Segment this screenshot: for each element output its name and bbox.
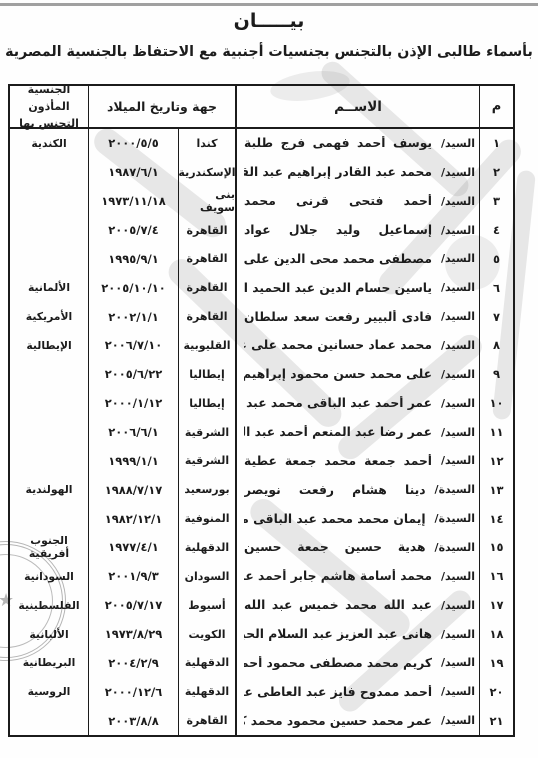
name-cell: السيد/ أحمد جمعة محمد جمعة عطية <box>235 446 479 475</box>
person-name: كريم محمد مصطفى محمود أحمد المسلمانى <box>244 656 432 670</box>
row-number: ٦ <box>493 281 500 295</box>
person-name: محمد عماد حسانين محمد على عمران <box>244 338 432 352</box>
person-name: مصطفى محمد محى الدين على <box>244 252 432 266</box>
nationality-cell <box>10 244 88 273</box>
person-name: عمر محمد حسين محمود محمد كمالى <box>244 714 432 728</box>
honorific: السيد/ <box>441 454 475 467</box>
row-number-cell: ٨ <box>479 331 513 360</box>
name-cell: السيد/ كريم محمد مصطفى محمود أحمد المسلم… <box>235 648 479 677</box>
nationality-cell <box>10 706 88 735</box>
scanned-document-page: بيـــــان بأسماء طالبى الإذن بالتجنس بجن… <box>0 0 538 758</box>
honorific: السيد/ <box>441 281 475 294</box>
table-row: ٧ السيد/ فادى ألبيير رفعت سعد سلطان القا… <box>10 302 513 331</box>
person-name: دينا هشام رفعت نويصر <box>244 483 426 497</box>
birthplace: بورسعيد <box>178 475 235 504</box>
row-number-cell: ٢١ <box>479 706 513 735</box>
name-cell: السيد/ عمر رضا عبد المنعم أحمد عبد الرحم… <box>235 418 479 447</box>
table-row: ١٤ السيدة/ إيمان محمد محمد عبد الباقى ما… <box>10 504 513 533</box>
birthplace: القاهرة <box>178 706 235 735</box>
honorific: السيدة/ <box>435 483 475 496</box>
name-cell: السيد/ محمد أسامة هاشم جابر أحمد على <box>235 562 479 591</box>
person-name: محمد أسامة هاشم جابر أحمد على <box>244 569 432 583</box>
honorific: السيد/ <box>441 685 475 698</box>
naturalization-table: م الاســم جهة وتاريخ الميلاد الجنسية الم… <box>8 84 515 737</box>
row-number-cell: ١٦ <box>479 562 513 591</box>
table-row: ٦ السيد/ ياسين حسام الدين عبد الحميد الس… <box>10 273 513 302</box>
nationality-cell: الفلسطينية <box>10 591 88 620</box>
row-number: ١٣ <box>489 483 503 497</box>
birthdate: ٢٠٠٢/١/١ <box>89 310 178 324</box>
person-name: ياسين حسام الدين عبد الحميد السيد عيد <box>244 281 432 295</box>
honorific: السيدة/ <box>435 541 475 554</box>
nationality: البريطانية <box>23 656 76 669</box>
birth-cell: القاهرة ١٩٩٥/٩/١ <box>88 244 235 273</box>
birth-cell: القليوبية ٢٠٠٦/٧/١٠ <box>88 331 235 360</box>
birthdate: ١٩٨٧/٦/١ <box>89 165 178 179</box>
birthplace: القليوبية <box>178 331 235 360</box>
honorific: السيد/ <box>441 224 475 237</box>
birthplace: الدقهلية <box>178 533 235 562</box>
nationality: الفلسطينية <box>18 599 79 612</box>
birth-cell: الدقهلية ٢٠٠٤/٢/٩ <box>88 648 235 677</box>
birth-cell: إيطاليا ٢٠٠٥/٦/٢٢ <box>88 360 235 389</box>
name-cell: السيد/ هانى عبد العزيز عبد السلام الحبيب… <box>235 620 479 649</box>
birthdate: ١٩٧٧/٤/١ <box>89 540 178 554</box>
nationality-cell <box>10 418 88 447</box>
birthplace: أسيوط <box>178 591 235 620</box>
honorific: السيد/ <box>441 310 475 323</box>
row-number-cell: ١٨ <box>479 620 513 649</box>
birthplace: الكويت <box>178 620 235 649</box>
name-cell: السيد/ عبد الله محمد خميس عبد الله <box>235 591 479 620</box>
nationality-cell <box>10 389 88 418</box>
name-cell: السيدة/ هدية حسين جمعة حسين <box>235 533 479 562</box>
honorific: السيد/ <box>441 195 475 208</box>
header-birth: جهة وتاريخ الميلاد <box>88 86 235 127</box>
name-cell: السيد/ عمر أحمد عبد الباقى محمد عبد البا… <box>235 389 479 418</box>
row-number: ٧ <box>493 310 500 324</box>
nationality-cell: الروسية <box>10 677 88 706</box>
birthdate: ١٩٨٢/١٢/١ <box>89 512 178 526</box>
birthdate: ٢٠٠٠/٥/٥ <box>89 136 178 150</box>
nationality: الألمانية <box>28 281 70 294</box>
nationality: السودانية <box>24 570 74 583</box>
birthdate: ٢٠٠٦/٧/١٠ <box>89 338 178 352</box>
table-body: ١ السيد/ يوسف أحمد فهمى فرج طلبة كندا ٢٠… <box>10 129 513 735</box>
row-number: ٢١ <box>489 714 503 728</box>
birth-cell: الدقهلية ٢٠٠٠/١٢/٦ <box>88 677 235 706</box>
person-name: يوسف أحمد فهمى فرج طلبة <box>244 136 432 150</box>
table-row: ١٧ السيد/ عبد الله محمد خميس عبد الله أس… <box>10 591 513 620</box>
row-number-cell: ١٠ <box>479 389 513 418</box>
table-row: ١٠ السيد/ عمر أحمد عبد الباقى محمد عبد ا… <box>10 389 513 418</box>
birthdate: ٢٠٠٠/١٢/٦ <box>89 685 178 699</box>
birthdate: ٢٠٠١/٩/٣ <box>89 569 178 583</box>
table-row: ٢١ السيد/ عمر محمد حسين محمود محمد كمالى… <box>10 706 513 735</box>
person-name: فادى ألبيير رفعت سعد سلطان <box>244 310 432 324</box>
row-number-cell: ٩ <box>479 360 513 389</box>
birth-cell: القاهرة ٢٠٠٥/١٠/١٠ <box>88 273 235 302</box>
birthdate: ٢٠٠٥/٦/٢٢ <box>89 367 178 381</box>
name-cell: السيد/ مصطفى محمد محى الدين على <box>235 244 479 273</box>
table-header-row: م الاســم جهة وتاريخ الميلاد الجنسية الم… <box>10 86 513 129</box>
nationality: الروسية <box>28 685 71 698</box>
name-cell: السيدة/ دينا هشام رفعت نويصر <box>235 475 479 504</box>
header-nationality-line1: الجنسية المأذون <box>10 81 88 115</box>
birth-cell: الإسكندرية ١٩٨٧/٦/١ <box>88 158 235 187</box>
birthplace: القاهرة <box>178 244 235 273</box>
nationality-cell <box>10 158 88 187</box>
row-number-cell: ٦ <box>479 273 513 302</box>
nationality-cell <box>10 360 88 389</box>
name-cell: السيد/ إسماعيل وليد جلال عواد <box>235 216 479 245</box>
nationality-cell: الجنوب أفريقية <box>10 533 88 562</box>
table-row: ١٢ السيد/ أحمد جمعة محمد جمعة عطية الشرق… <box>10 446 513 475</box>
table-row: ٢ السيد/ محمد عبد القادر إبراهيم عبد الق… <box>10 158 513 187</box>
person-name: هانى عبد العزيز عبد السلام الحبيبى <box>244 627 432 641</box>
birthdate: ١٩٧٣/٨/٢٩ <box>89 627 178 641</box>
honorific: السيد/ <box>441 137 475 150</box>
row-number: ٢٠ <box>489 685 503 699</box>
birthplace: بنى سويف <box>178 187 235 216</box>
nationality-cell <box>10 504 88 533</box>
birth-cell: الشرقية ٢٠٠٦/٦/١ <box>88 418 235 447</box>
nationality-cell <box>10 446 88 475</box>
person-name: محمد عبد القادر إبراهيم عبد القادر <box>244 165 432 179</box>
row-number-cell: ١٧ <box>479 591 513 620</box>
person-name: أحمد فتحى قرنى محمد <box>244 194 432 208</box>
birth-cell: القاهرة ٢٠٠٣/٨/٨ <box>88 706 235 735</box>
name-cell: السيد/ أحمد فتحى قرنى محمد <box>235 187 479 216</box>
birthplace: القاهرة <box>178 273 235 302</box>
honorific: السيد/ <box>441 714 475 727</box>
row-number-cell: ٧ <box>479 302 513 331</box>
nationality: الإيطالية <box>26 339 71 352</box>
row-number: ١٨ <box>489 627 503 641</box>
table-row: ١١ السيد/ عمر رضا عبد المنعم أحمد عبد ال… <box>10 418 513 447</box>
table-row: ٨ السيد/ محمد عماد حسانين محمد على عمران… <box>10 331 513 360</box>
honorific: السيد/ <box>441 570 475 583</box>
nationality: الجنوب أفريقية <box>10 534 88 560</box>
birthplace: السودان <box>178 562 235 591</box>
row-number: ٨ <box>493 338 500 352</box>
row-number: ٩ <box>493 367 500 381</box>
person-name: عمر أحمد عبد الباقى محمد عبد الباقى <box>244 396 432 410</box>
person-name: إيمان محمد محمد عبد الباقى ماضى <box>244 512 426 526</box>
table-row: ١٩ السيد/ كريم محمد مصطفى محمود أحمد الم… <box>10 648 513 677</box>
nationality-cell <box>10 187 88 216</box>
birthplace: الإسكندرية <box>178 158 235 187</box>
birth-cell: أسيوط ٢٠٠٥/٧/١٧ <box>88 591 235 620</box>
row-number-cell: ٥ <box>479 244 513 273</box>
table-row: ١٨ السيد/ هانى عبد العزيز عبد السلام الح… <box>10 620 513 649</box>
row-number-cell: ٢ <box>479 158 513 187</box>
birthplace: المنوفية <box>178 504 235 533</box>
table-row: ١٦ السيد/ محمد أسامة هاشم جابر أحمد على … <box>10 562 513 591</box>
header-name: الاســم <box>235 86 479 127</box>
name-cell: السيد/ أحمد ممدوح فايز عبد العاطى عبد ال… <box>235 677 479 706</box>
birth-cell: الكويت ١٩٧٣/٨/٢٩ <box>88 620 235 649</box>
honorific: السيد/ <box>441 628 475 641</box>
row-number: ٣ <box>493 194 500 208</box>
honorific: السيد/ <box>441 656 475 669</box>
row-number: ٤ <box>493 223 500 237</box>
honorific: السيد/ <box>441 397 475 410</box>
header-nationality: الجنسية المأذون التجنس بها <box>10 86 88 127</box>
birth-cell: بنى سويف ١٩٧٣/١١/١٨ <box>88 187 235 216</box>
birth-cell: المنوفية ١٩٨٢/١٢/١ <box>88 504 235 533</box>
header-serial: م <box>479 86 513 127</box>
honorific: السيد/ <box>441 599 475 612</box>
table-row: ١٣ السيدة/ دينا هشام رفعت نويصر بورسعيد … <box>10 475 513 504</box>
birthdate: ٢٠٠٠/١/١٢ <box>89 396 178 410</box>
table-row: ٣ السيد/ أحمد فتحى قرنى محمد بنى سويف ١٩… <box>10 187 513 216</box>
table-row: ١ السيد/ يوسف أحمد فهمى فرج طلبة كندا ٢٠… <box>10 129 513 158</box>
table-row: ٢٠ السيد/ أحمد ممدوح فايز عبد العاطى عبد… <box>10 677 513 706</box>
nationality: الأمريكية <box>26 310 72 323</box>
row-number: ١١ <box>489 425 503 439</box>
honorific: السيد/ <box>441 368 475 381</box>
name-cell: السيد/ يوسف أحمد فهمى فرج طلبة <box>235 129 479 158</box>
name-cell: السيد/ محمد عبد القادر إبراهيم عبد القاد… <box>235 158 479 187</box>
row-number-cell: ٢٠ <box>479 677 513 706</box>
birthplace: الشرقية <box>178 418 235 447</box>
row-number: ٢ <box>493 165 500 179</box>
row-number-cell: ١٢ <box>479 446 513 475</box>
row-number: ١٩ <box>489 656 503 670</box>
nationality-cell: الألبانية <box>10 620 88 649</box>
honorific: السيد/ <box>441 426 475 439</box>
nationality-cell: الألمانية <box>10 273 88 302</box>
birth-cell: كندا ٢٠٠٠/٥/٥ <box>88 129 235 158</box>
row-number: ٥ <box>493 252 500 266</box>
nationality-cell: الهولندية <box>10 475 88 504</box>
nationality-cell: الأمريكية <box>10 302 88 331</box>
row-number-cell: ٤ <box>479 216 513 245</box>
nationality-cell: السودانية <box>10 562 88 591</box>
birth-cell: القاهرة ٢٠٠٥/٧/٤ <box>88 216 235 245</box>
row-number: ١٦ <box>489 569 503 583</box>
row-number-cell: ١١ <box>479 418 513 447</box>
birthdate: ٢٠٠٥/٧/١٧ <box>89 598 178 612</box>
birth-cell: السودان ٢٠٠١/٩/٣ <box>88 562 235 591</box>
nationality: الألبانية <box>29 628 68 641</box>
birthdate: ١٩٩٥/٩/١ <box>89 252 178 266</box>
person-name: على محمد حسن محمود إبراهيم <box>244 367 432 381</box>
birthplace: الدقهلية <box>178 677 235 706</box>
birthdate: ١٩٩٩/١/١ <box>89 454 178 468</box>
table-row: ٤ السيد/ إسماعيل وليد جلال عواد القاهرة … <box>10 216 513 245</box>
row-number: ١٢ <box>489 454 503 468</box>
page-top-rule <box>0 3 538 6</box>
row-number-cell: ١٩ <box>479 648 513 677</box>
honorific: السيدة/ <box>435 512 475 525</box>
birth-cell: الشرقية ١٩٩٩/١/١ <box>88 446 235 475</box>
nationality: الهولندية <box>26 483 73 496</box>
birthdate: ٢٠٠٥/١٠/١٠ <box>89 281 178 295</box>
row-number: ١٥ <box>489 540 503 554</box>
birth-cell: الدقهلية ١٩٧٧/٤/١ <box>88 533 235 562</box>
name-cell: السيد/ عمر محمد حسين محمود محمد كمالى <box>235 706 479 735</box>
page-subtitle: بأسماء طالبى الإذن بالتجنس بجنسيات أجنبي… <box>0 44 538 60</box>
name-cell: السيد/ ياسين حسام الدين عبد الحميد السيد… <box>235 273 479 302</box>
table-row: ٥ السيد/ مصطفى محمد محى الدين على القاهر… <box>10 244 513 273</box>
nationality-cell: الإيطالية <box>10 331 88 360</box>
honorific: السيد/ <box>441 166 475 179</box>
nationality-cell <box>10 216 88 245</box>
row-number-cell: ١٣ <box>479 475 513 504</box>
person-name: عمر رضا عبد المنعم أحمد عبد الرحمن <box>244 425 432 439</box>
birthplace: الدقهلية <box>178 648 235 677</box>
nationality-cell: البريطانية <box>10 648 88 677</box>
row-number-cell: ١ <box>479 129 513 158</box>
honorific: السيد/ <box>441 339 475 352</box>
row-number-cell: ١٥ <box>479 533 513 562</box>
nationality: الكندية <box>31 137 66 150</box>
row-number: ١٤ <box>489 512 503 526</box>
name-cell: السيد/ محمد عماد حسانين محمد على عمران <box>235 331 479 360</box>
row-number-cell: ١٤ <box>479 504 513 533</box>
birthplace: إيطاليا <box>178 360 235 389</box>
row-number: ١ <box>493 136 500 150</box>
birthdate: ١٩٧٣/١١/١٨ <box>89 194 178 208</box>
person-name: هدية حسين جمعة حسين <box>244 540 426 554</box>
person-name: أحمد ممدوح فايز عبد العاطى عبد السميع <box>244 685 432 699</box>
page-title: بيـــــان <box>0 10 538 32</box>
birth-cell: إيطاليا ٢٠٠٠/١/١٢ <box>88 389 235 418</box>
birthdate: ٢٠٠٥/٧/٤ <box>89 223 178 237</box>
birthplace: الشرقية <box>178 446 235 475</box>
person-name: أحمد جمعة محمد جمعة عطية <box>244 454 432 468</box>
person-name: إسماعيل وليد جلال عواد <box>244 223 432 237</box>
birthplace: القاهرة <box>178 302 235 331</box>
row-number: ١٠ <box>489 396 503 410</box>
row-number-cell: ٣ <box>479 187 513 216</box>
birthdate: ٢٠٠٣/٨/٨ <box>89 714 178 728</box>
birthdate: ٢٠٠٦/٦/١ <box>89 425 178 439</box>
name-cell: السيد/ على محمد حسن محمود إبراهيم <box>235 360 479 389</box>
person-name: عبد الله محمد خميس عبد الله <box>244 598 432 612</box>
birthdate: ١٩٨٨/٧/١٧ <box>89 483 178 497</box>
name-cell: السيد/ فادى ألبيير رفعت سعد سلطان <box>235 302 479 331</box>
name-cell: السيدة/ إيمان محمد محمد عبد الباقى ماضى <box>235 504 479 533</box>
honorific: السيد/ <box>441 252 475 265</box>
birth-cell: بورسعيد ١٩٨٨/٧/١٧ <box>88 475 235 504</box>
birth-cell: القاهرة ٢٠٠٢/١/١ <box>88 302 235 331</box>
birthplace: كندا <box>178 129 235 158</box>
birthplace: إيطاليا <box>178 389 235 418</box>
table-row: ٩ السيد/ على محمد حسن محمود إبراهيم إيطا… <box>10 360 513 389</box>
nationality-cell: الكندية <box>10 129 88 158</box>
birthdate: ٢٠٠٤/٢/٩ <box>89 656 178 670</box>
birthplace: القاهرة <box>178 216 235 245</box>
table-row: ١٥ السيدة/ هدية حسين جمعة حسين الدقهلية … <box>10 533 513 562</box>
row-number: ١٧ <box>489 598 503 612</box>
